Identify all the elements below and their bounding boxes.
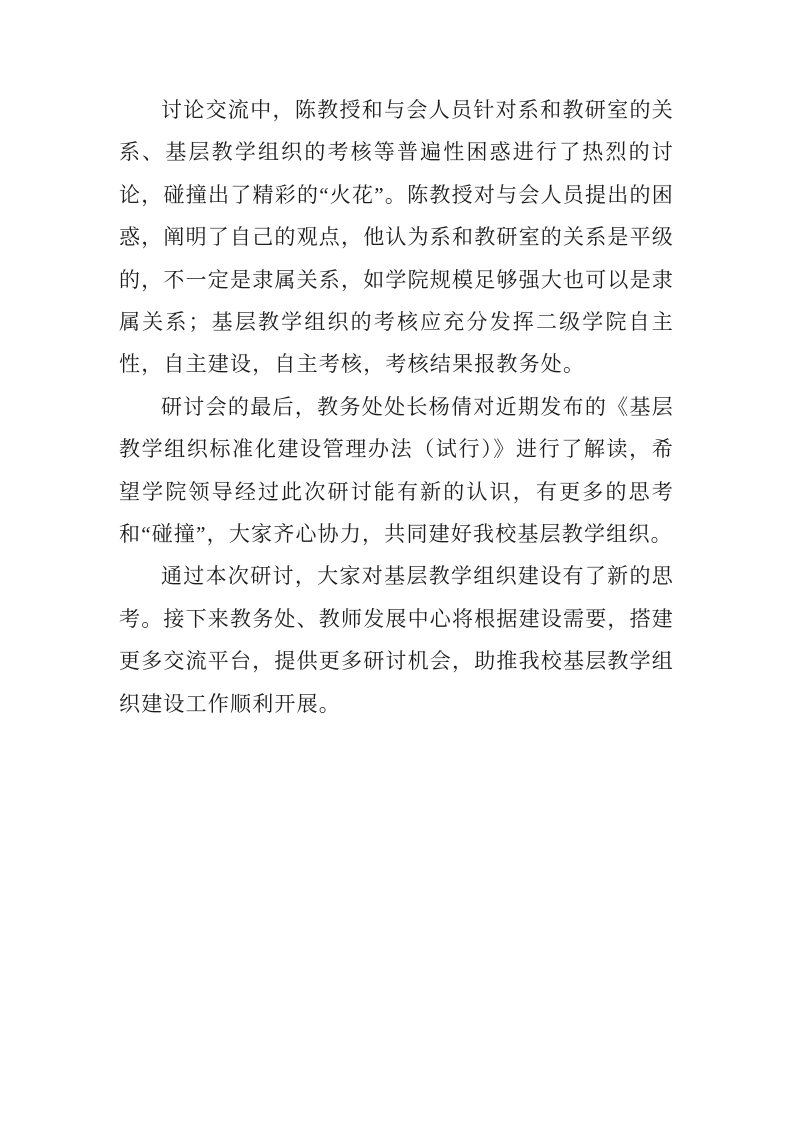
document-page: 讨论交流中，陈教授和与会人员针对系和教研室的关系、基层教学组织的考核等普遍性困惑… bbox=[0, 0, 793, 1122]
document-body: 讨论交流中，陈教授和与会人员针对系和教研室的关系、基层教学组织的考核等普遍性困惑… bbox=[119, 89, 674, 725]
body-paragraph: 通过本次研讨，大家对基层教学组织建设有了新的思考。接下来教务处、教师发展中心将根… bbox=[119, 555, 674, 725]
body-paragraph: 研讨会的最后，教务处处长杨倩对近期发布的《基层教学组织标准化建设管理办法（试行）… bbox=[119, 386, 674, 556]
body-paragraph: 讨论交流中，陈教授和与会人员针对系和教研室的关系、基层教学组织的考核等普遍性困惑… bbox=[119, 89, 674, 386]
